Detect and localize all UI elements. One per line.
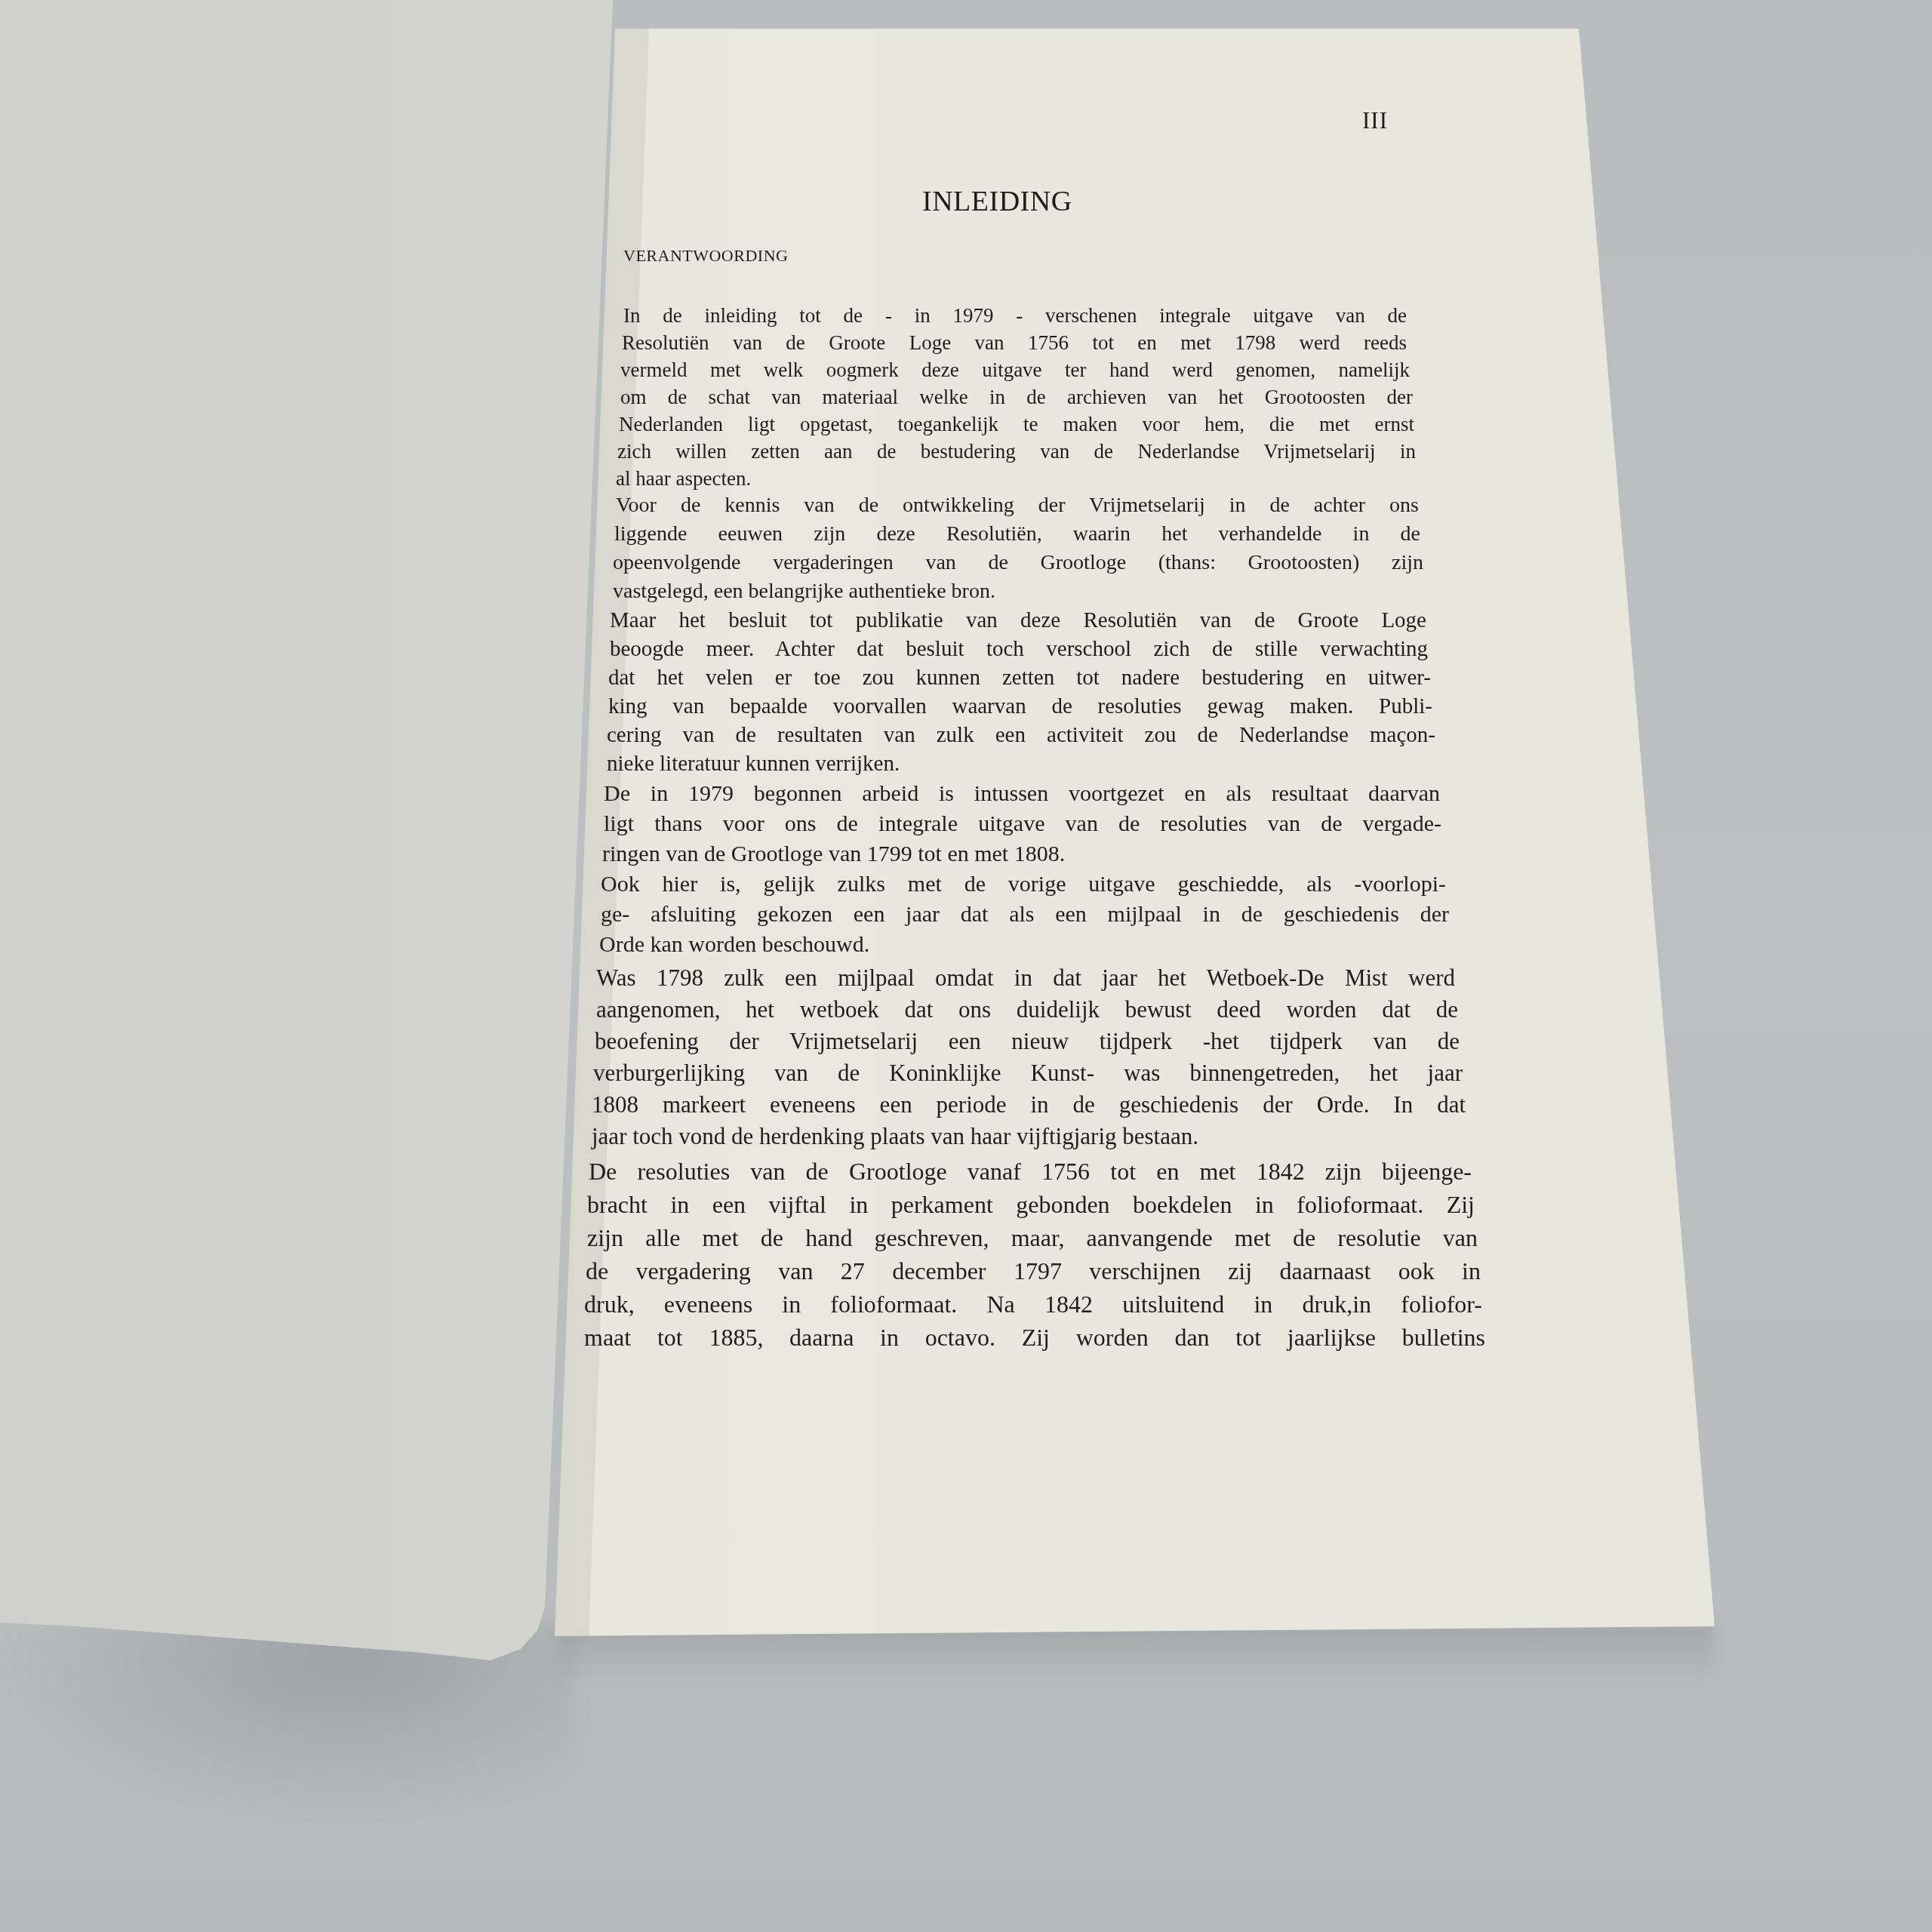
body-line: al haar aspecten. — [616, 465, 751, 492]
body-line: Nederlanden ligt opgetast, toegankelijk … — [619, 411, 1414, 438]
body-line: De in 1979 begonnen arbeid is intussen v… — [604, 780, 1440, 808]
body-line: Voor de kennis van de ontwikkeling der V… — [616, 492, 1419, 519]
body-line: cering van de resultaten van zulk een ac… — [607, 721, 1435, 749]
page-title: INLEIDING — [922, 185, 1072, 218]
body-line: opeenvolgende vergaderingen van de Groot… — [613, 549, 1423, 577]
body-line: jaar toch vond de herdenking plaats van … — [592, 1123, 1198, 1150]
body-line: bracht in een vijftal in perkament gebon… — [587, 1191, 1475, 1218]
body-line: ringen van de Grootloge van 1799 tot en … — [602, 841, 1065, 868]
body-line: Ook hier is, gelijk zulks met de vorige … — [601, 871, 1446, 898]
page-number: III — [1362, 107, 1388, 134]
body-line: 1808 markeert eveneens een periode in de… — [592, 1091, 1466, 1118]
body-line: beoogde meer. Achter dat besluit toch ve… — [610, 635, 1428, 663]
body-line: In de inleiding tot de - in 1979 - versc… — [623, 302, 1407, 329]
body-line: vastgelegd, een belangrijke authentieke … — [613, 578, 995, 605]
body-line: Maar het besluit tot publikatie van deze… — [610, 607, 1426, 634]
body-line: druk, eveneens in folioformaat. Na 1842 … — [584, 1291, 1482, 1318]
body-line: king van bepaalde voorvallen waarvan de … — [608, 693, 1432, 720]
body-line: ligt thans voor ons de integrale uitgave… — [604, 811, 1441, 838]
body-line: maat tot 1885, daarna in octavo. Zij wor… — [584, 1324, 1485, 1351]
body-line: vermeld met welk oogmerk deze uitgave te… — [620, 356, 1410, 383]
right-page-text: III INLEIDING VERANTWOORDING In de inlei… — [0, 0, 1932, 1932]
body-line: Was 1798 zulk een mijlpaal omdat in dat … — [596, 964, 1455, 992]
body-line: zijn alle met de hand geschreven, maar, … — [587, 1224, 1478, 1251]
body-line: ge- afsluiting gekozen een jaar dat als … — [601, 901, 1449, 928]
body-line: aangenomen, het wetboek dat ons duidelij… — [596, 996, 1458, 1023]
body-line: De resoluties van de Grootloge vanaf 175… — [589, 1158, 1472, 1185]
body-line: dat het velen er toe zou kunnen zetten t… — [608, 664, 1431, 691]
body-line: verburgerlijking van de Koninklijke Kuns… — [593, 1060, 1463, 1087]
body-line: Resolutiën van de Groote Loge van 1756 t… — [622, 329, 1407, 356]
section-heading: VERANTWOORDING — [623, 246, 788, 266]
body-line: Orde kan worden beschouwd. — [599, 931, 869, 958]
body-line: zich willen zetten aan de bestudering va… — [617, 438, 1416, 465]
body-line: de vergadering van 27 december 1797 vers… — [586, 1257, 1481, 1284]
body-line: nieke literatuur kunnen verrijken. — [607, 750, 900, 777]
body-line: om de schat van materiaal welke in de ar… — [620, 383, 1413, 411]
body-line: liggende eeuwen zijn deze Resolutiën, wa… — [614, 521, 1420, 548]
body-line: beoefening der Vrijmetselarij een nieuw … — [595, 1028, 1460, 1055]
photo-scene: III INLEIDING VERANTWOORDING In de inlei… — [0, 0, 1932, 1932]
